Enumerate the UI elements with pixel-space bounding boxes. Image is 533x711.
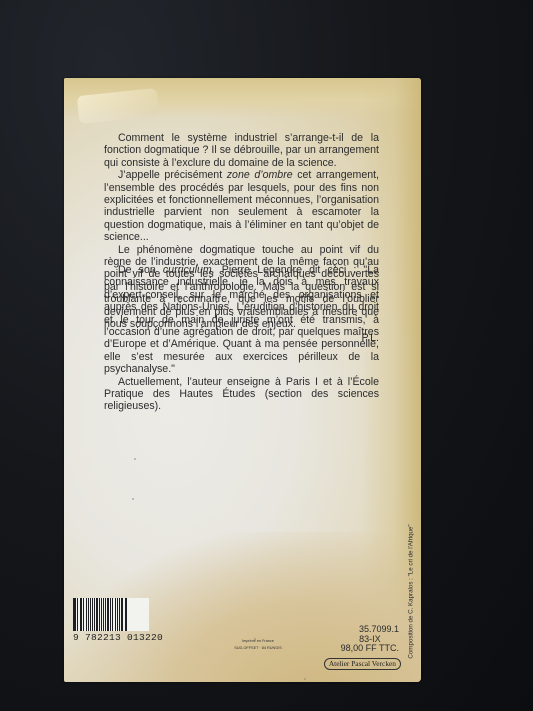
catalog-price: 98,00 FF TTC. [341, 644, 399, 654]
quote-paragraph-2: J’appelle précisément zone d’ombre cet a… [104, 169, 379, 243]
barcode-number: 9 782213 013220 [73, 632, 149, 643]
quote-paragraph-1: Comment le système industriel s’arrange-… [104, 132, 379, 169]
printer-info: Imprimé en France SUD-OFFSET · 84 RUNGIS [228, 638, 288, 651]
author-bio: De son curriculum, Pierre Legendre dit c… [104, 264, 379, 413]
isbn-barcode: 9 782213 013220 [73, 598, 149, 645]
barcode-bars [73, 598, 149, 631]
cover-credit-text: Composition de C. Kapralos : "Le cri de … [408, 524, 415, 658]
atelier-badge: Atelier Pascal Vercken [324, 658, 401, 670]
catalog-info: 35.7099.1 83-IX 98,00 FF TTC. [341, 625, 399, 654]
printer-line-2: SUD-OFFSET · 84 RUNGIS [228, 645, 288, 652]
quote-p2-before: J’appelle précisément [118, 169, 227, 181]
bio-paragraph-2: Actuellement, l’auteur enseigne à Paris … [104, 376, 379, 413]
quote-p2-italic: zone d’ombre [227, 169, 293, 181]
bio-p1-after: Pierre Legendre dit ceci : "La connaissa… [104, 264, 379, 375]
bio-p1-italic: curriculum, [163, 264, 215, 276]
book-back-cover: Comment le système industriel s’arrange-… [64, 78, 421, 682]
bio-paragraph-1: De son curriculum, Pierre Legendre dit c… [104, 264, 379, 376]
bio-p1-before: De son [118, 264, 163, 276]
cover-credit: Composition de C. Kapralos : "Le cri de … [404, 506, 418, 676]
